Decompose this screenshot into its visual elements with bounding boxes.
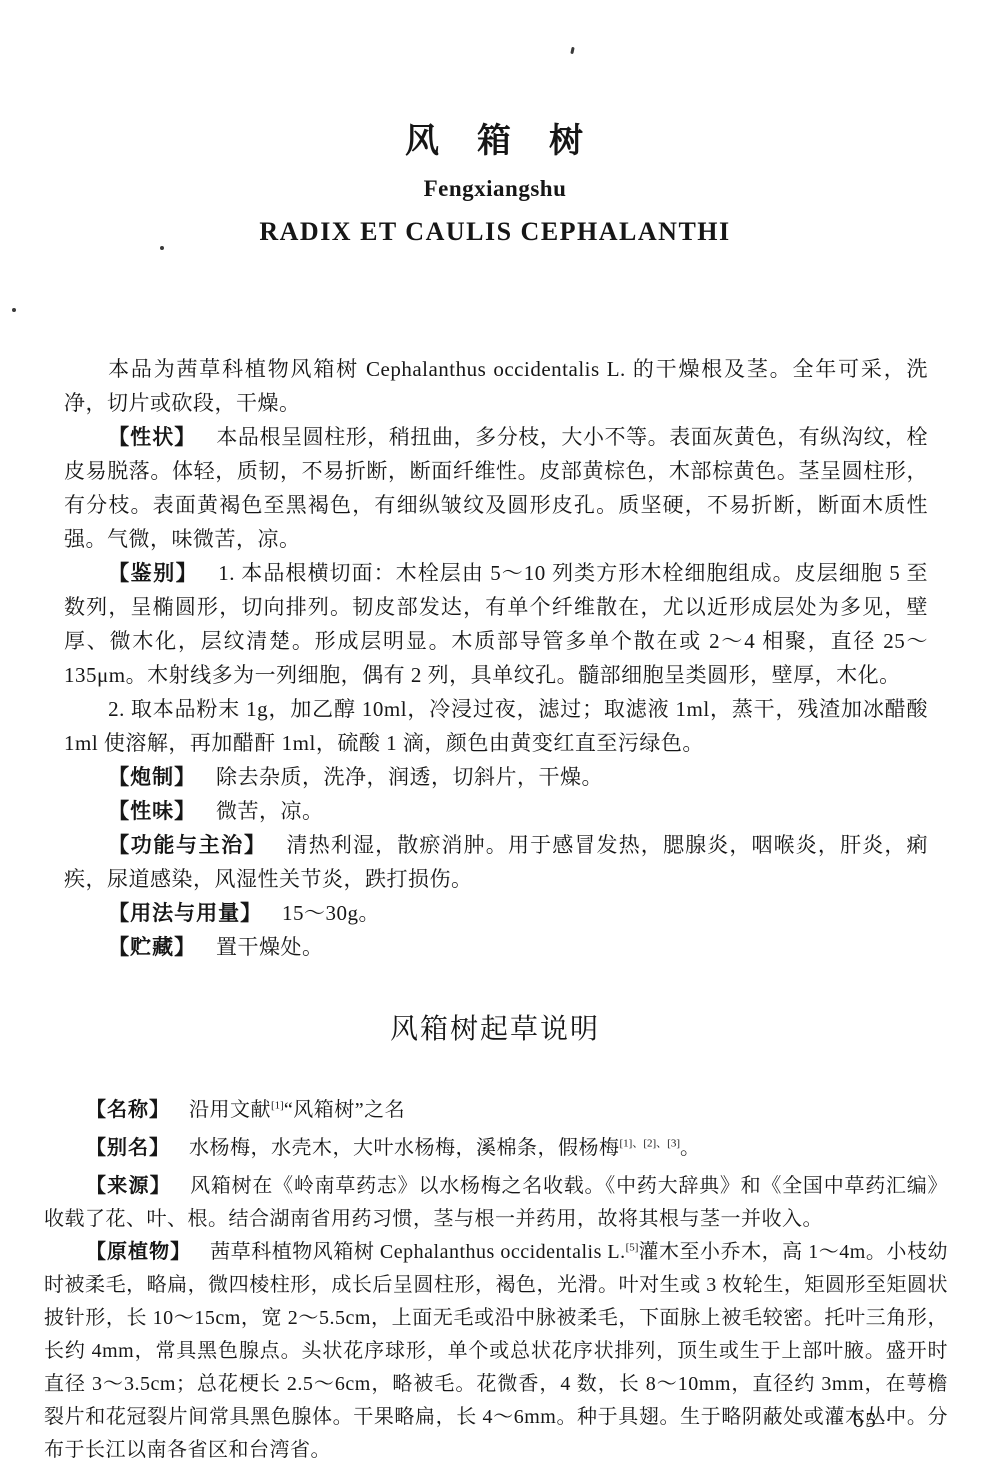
note-yuanzhiwu: 【原植物】茜草科植物风箱树 Cephalanthus occidentalis … — [44, 1236, 948, 1467]
note-label: 【原植物】 — [86, 1241, 191, 1263]
entry-text: 置干燥处。 — [216, 935, 324, 959]
entry-xingwei: 【性味】微苦，凉。 — [64, 794, 928, 828]
note-label: 【来源】 — [86, 1175, 171, 1197]
page-title: 风 箱 树 — [0, 0, 990, 162]
note-text: 沿用文献 — [189, 1099, 271, 1121]
document-page: 风 箱 树 Fengxiangshu RADIX ET CAULIS CEPHA… — [0, 0, 990, 1482]
scan-speck — [12, 308, 16, 312]
entry-jianbie-2: 2. 取本品粉末 1g，加乙醇 10ml，冷浸过夜，滤过；取滤液 1ml，蒸干，… — [64, 692, 928, 760]
entry-text: 15～30g。 — [282, 901, 380, 925]
entry-paozhi: 【炮制】除去杂质，洗净，润透，切斜片，干燥。 — [64, 760, 928, 794]
notes-heading: 风箱树起草说明 — [0, 1010, 990, 1050]
scan-speck — [160, 246, 164, 250]
entry-label: 【用法与用量】 — [108, 901, 262, 925]
entry-text: 微苦，凉。 — [216, 799, 324, 823]
entry-label: 【功能与主治】 — [108, 833, 267, 857]
entry-yongfa: 【用法与用量】15～30g。 — [64, 896, 928, 930]
intro-text: 本品为茜草科植物风箱树 Cephalanthus occidentalis L.… — [64, 357, 928, 415]
entry-text: 除去杂质，洗净，润透，切斜片，干燥。 — [216, 765, 603, 789]
intro-paragraph: 本品为茜草科植物风箱树 Cephalanthus occidentalis L.… — [64, 352, 928, 420]
entry-xingzhuang: 【性状】本品根呈圆柱形，稍扭曲，多分枝，大小不等。表面灰黄色，有纵沟纹，栓皮易脱… — [64, 420, 928, 556]
entry-jianbie: 【鉴别】1. 本品根横切面：木栓层由 5～10 列类方形木栓细胞组成。皮层细胞 … — [64, 556, 928, 692]
page-number: · 65 · — [837, 1408, 895, 1433]
note-text: 风箱树在《岭南草药志》以水杨梅之名收载。《中药大辞典》和《全国中草药汇编》收载了… — [44, 1175, 948, 1230]
entry-label: 【性状】 — [108, 425, 196, 449]
note-biename: 【别名】水杨梅，水壳木，大叶水杨梅，溪棉条，假杨梅[1]、[2]、[3]。 — [44, 1132, 948, 1165]
title-latin: RADIX ET CAULIS CEPHALANTHI — [0, 216, 990, 248]
citation-superscript: [1]、[2]、[3] — [620, 1137, 680, 1149]
entry-zhucang: 【贮藏】置干燥处。 — [64, 930, 928, 964]
note-text: 。 — [680, 1137, 701, 1159]
note-label: 【名称】 — [86, 1099, 170, 1121]
note-text: 灌木至小乔木，高 1～4m。小枝幼时被柔毛，略扁，微四棱柱形，成长后呈圆柱形，褐… — [44, 1241, 948, 1461]
entry-gongneng: 【功能与主治】清热利湿，散瘀消肿。用于感冒发热，腮腺炎，咽喉炎，肝炎，痢疾，尿道… — [64, 828, 928, 896]
entry-label: 【炮制】 — [108, 765, 196, 789]
note-mingcheng: 【名称】沿用文献[1]“风箱树”之名 — [44, 1094, 948, 1127]
citation-superscript: [5] — [626, 1241, 639, 1253]
entry-label: 【贮藏】 — [108, 935, 196, 959]
entry-label: 【鉴别】 — [108, 561, 198, 585]
note-text: 茜草科植物风箱树 Cephalanthus occidentalis L. — [210, 1241, 625, 1263]
note-laiyuan: 【来源】风箱树在《岭南草药志》以水杨梅之名收载。《中药大辞典》和《全国中草药汇编… — [44, 1170, 948, 1236]
monograph-section: 本品为茜草科植物风箱树 Cephalanthus occidentalis L.… — [0, 352, 990, 964]
entry-text: 2. 取本品粉末 1g，加乙醇 10ml，冷浸过夜，滤过；取滤液 1ml，蒸干，… — [64, 697, 928, 755]
title-pinyin: Fengxiangshu — [0, 175, 990, 203]
note-text: 水杨梅，水壳木，大叶水杨梅，溪棉条，假杨梅 — [189, 1137, 620, 1159]
note-text: “风箱树”之名 — [284, 1099, 405, 1121]
entry-label: 【性味】 — [108, 799, 196, 823]
note-label: 【别名】 — [86, 1137, 170, 1159]
citation-superscript: [1] — [271, 1099, 284, 1111]
